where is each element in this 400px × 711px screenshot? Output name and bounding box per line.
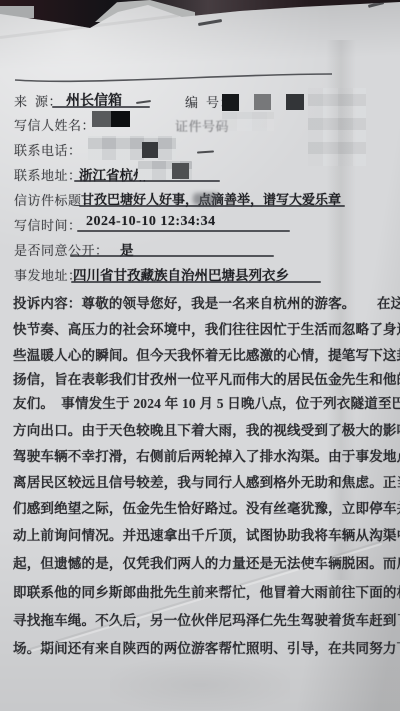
underline <box>77 230 290 232</box>
redaction-box <box>254 94 271 110</box>
body-line: 起，但遗憾的是，仅凭我们两人的力量还是无法使车辆脱困。而后立 <box>13 552 377 572</box>
blurred-redaction-area <box>222 112 274 131</box>
ink-smudge <box>193 193 219 205</box>
writer-name-label: 写信人姓名： <box>14 115 95 134</box>
photo-of-petition-form: { "colors": { "paper": "#d7d8da", "ink":… <box>0 0 400 711</box>
body-text: 尊敬的领导您好，我是一名来自杭州的游客。 在这个 <box>82 296 400 311</box>
underline <box>52 106 150 108</box>
phone-label: 联系电话： <box>14 140 82 159</box>
underline <box>79 205 345 207</box>
underline <box>71 281 321 283</box>
body-line: 寻找拖车绳。不久后，另一位伙伴尼玛泽仁先生驾驶着货车赶到了现 <box>13 609 377 629</box>
petition-form-paper: 来 源： 州长信箱 编 号： 写信人姓名： 证件号码 联系电话： 联系地址： 浙… <box>0 0 400 711</box>
redaction-box <box>222 94 239 111</box>
underline <box>74 180 220 182</box>
redaction-box <box>142 142 158 158</box>
redaction-box <box>286 94 304 110</box>
body-line: 动上前询问情况。并迅速拿出千斤顶，试图协助我将车辆从沟渠中抬 <box>13 524 377 544</box>
body-line: 些温暖人心的瞬间。但今天我怀着无比感激的心情，提笔写下这封表 <box>13 344 377 364</box>
mosaic-redaction <box>88 136 176 160</box>
body-line: 场。期间还有来自陕西的两位游客帮忙照明、引导，在共同努力下， <box>13 637 377 657</box>
contact-address-label: 联系地址： <box>14 165 82 184</box>
mosaic-redaction <box>138 161 192 180</box>
body-line: 友们。 事情发生于 2024 年 10 月 5 日晚八点，位于列衣隧道至巴塘 <box>13 392 377 412</box>
body-line: 方向出口。由于天色较晚且下着大雨，我的视线受到了极大的影响， <box>13 419 377 439</box>
id-number-label: 证件号码 <box>175 116 229 135</box>
body-line: 扬信，旨在表彰我们甘孜州一位平凡而伟大的居民伍金先生和他的朋 <box>13 368 377 388</box>
underline <box>70 255 274 257</box>
body-line: 们感到绝望之际，伍金先生恰好路过。没有丝毫犹豫，立即停车并主 <box>13 497 377 517</box>
body-label: 投诉内容： <box>13 296 82 311</box>
paper-crease <box>110 660 290 710</box>
body-line: 离居民区较远且信号较差，我与同行人感到格外无助和焦虑。正当我 <box>13 471 377 491</box>
body-line: 投诉内容：尊敬的领导您好，我是一名来自杭州的游客。 在这个 <box>13 292 377 312</box>
redaction-box <box>92 111 130 127</box>
dash-mark <box>136 100 151 104</box>
write-time-label: 写信时间： <box>14 215 82 234</box>
body-line: 快节奏、高压力的社会环境中，我们往往因忙于生活而忽略了身边那 <box>13 318 377 338</box>
write-time-value: 2024-10-10 12:34:34 <box>86 214 216 230</box>
form-top-rule <box>0 0 400 100</box>
dash-mark <box>197 150 214 153</box>
body-line: 驾驶车辆不幸打滑，右侧前后两轮掉入了排水沟渠。由于事发地点距 <box>13 445 377 465</box>
redaction-box <box>172 163 189 179</box>
blurred-redaction-area <box>308 88 366 166</box>
body-line: 即联系他的同乡斯郎曲批先生前来帮忙，他冒着大雨前往下面的村庄 <box>13 581 377 601</box>
